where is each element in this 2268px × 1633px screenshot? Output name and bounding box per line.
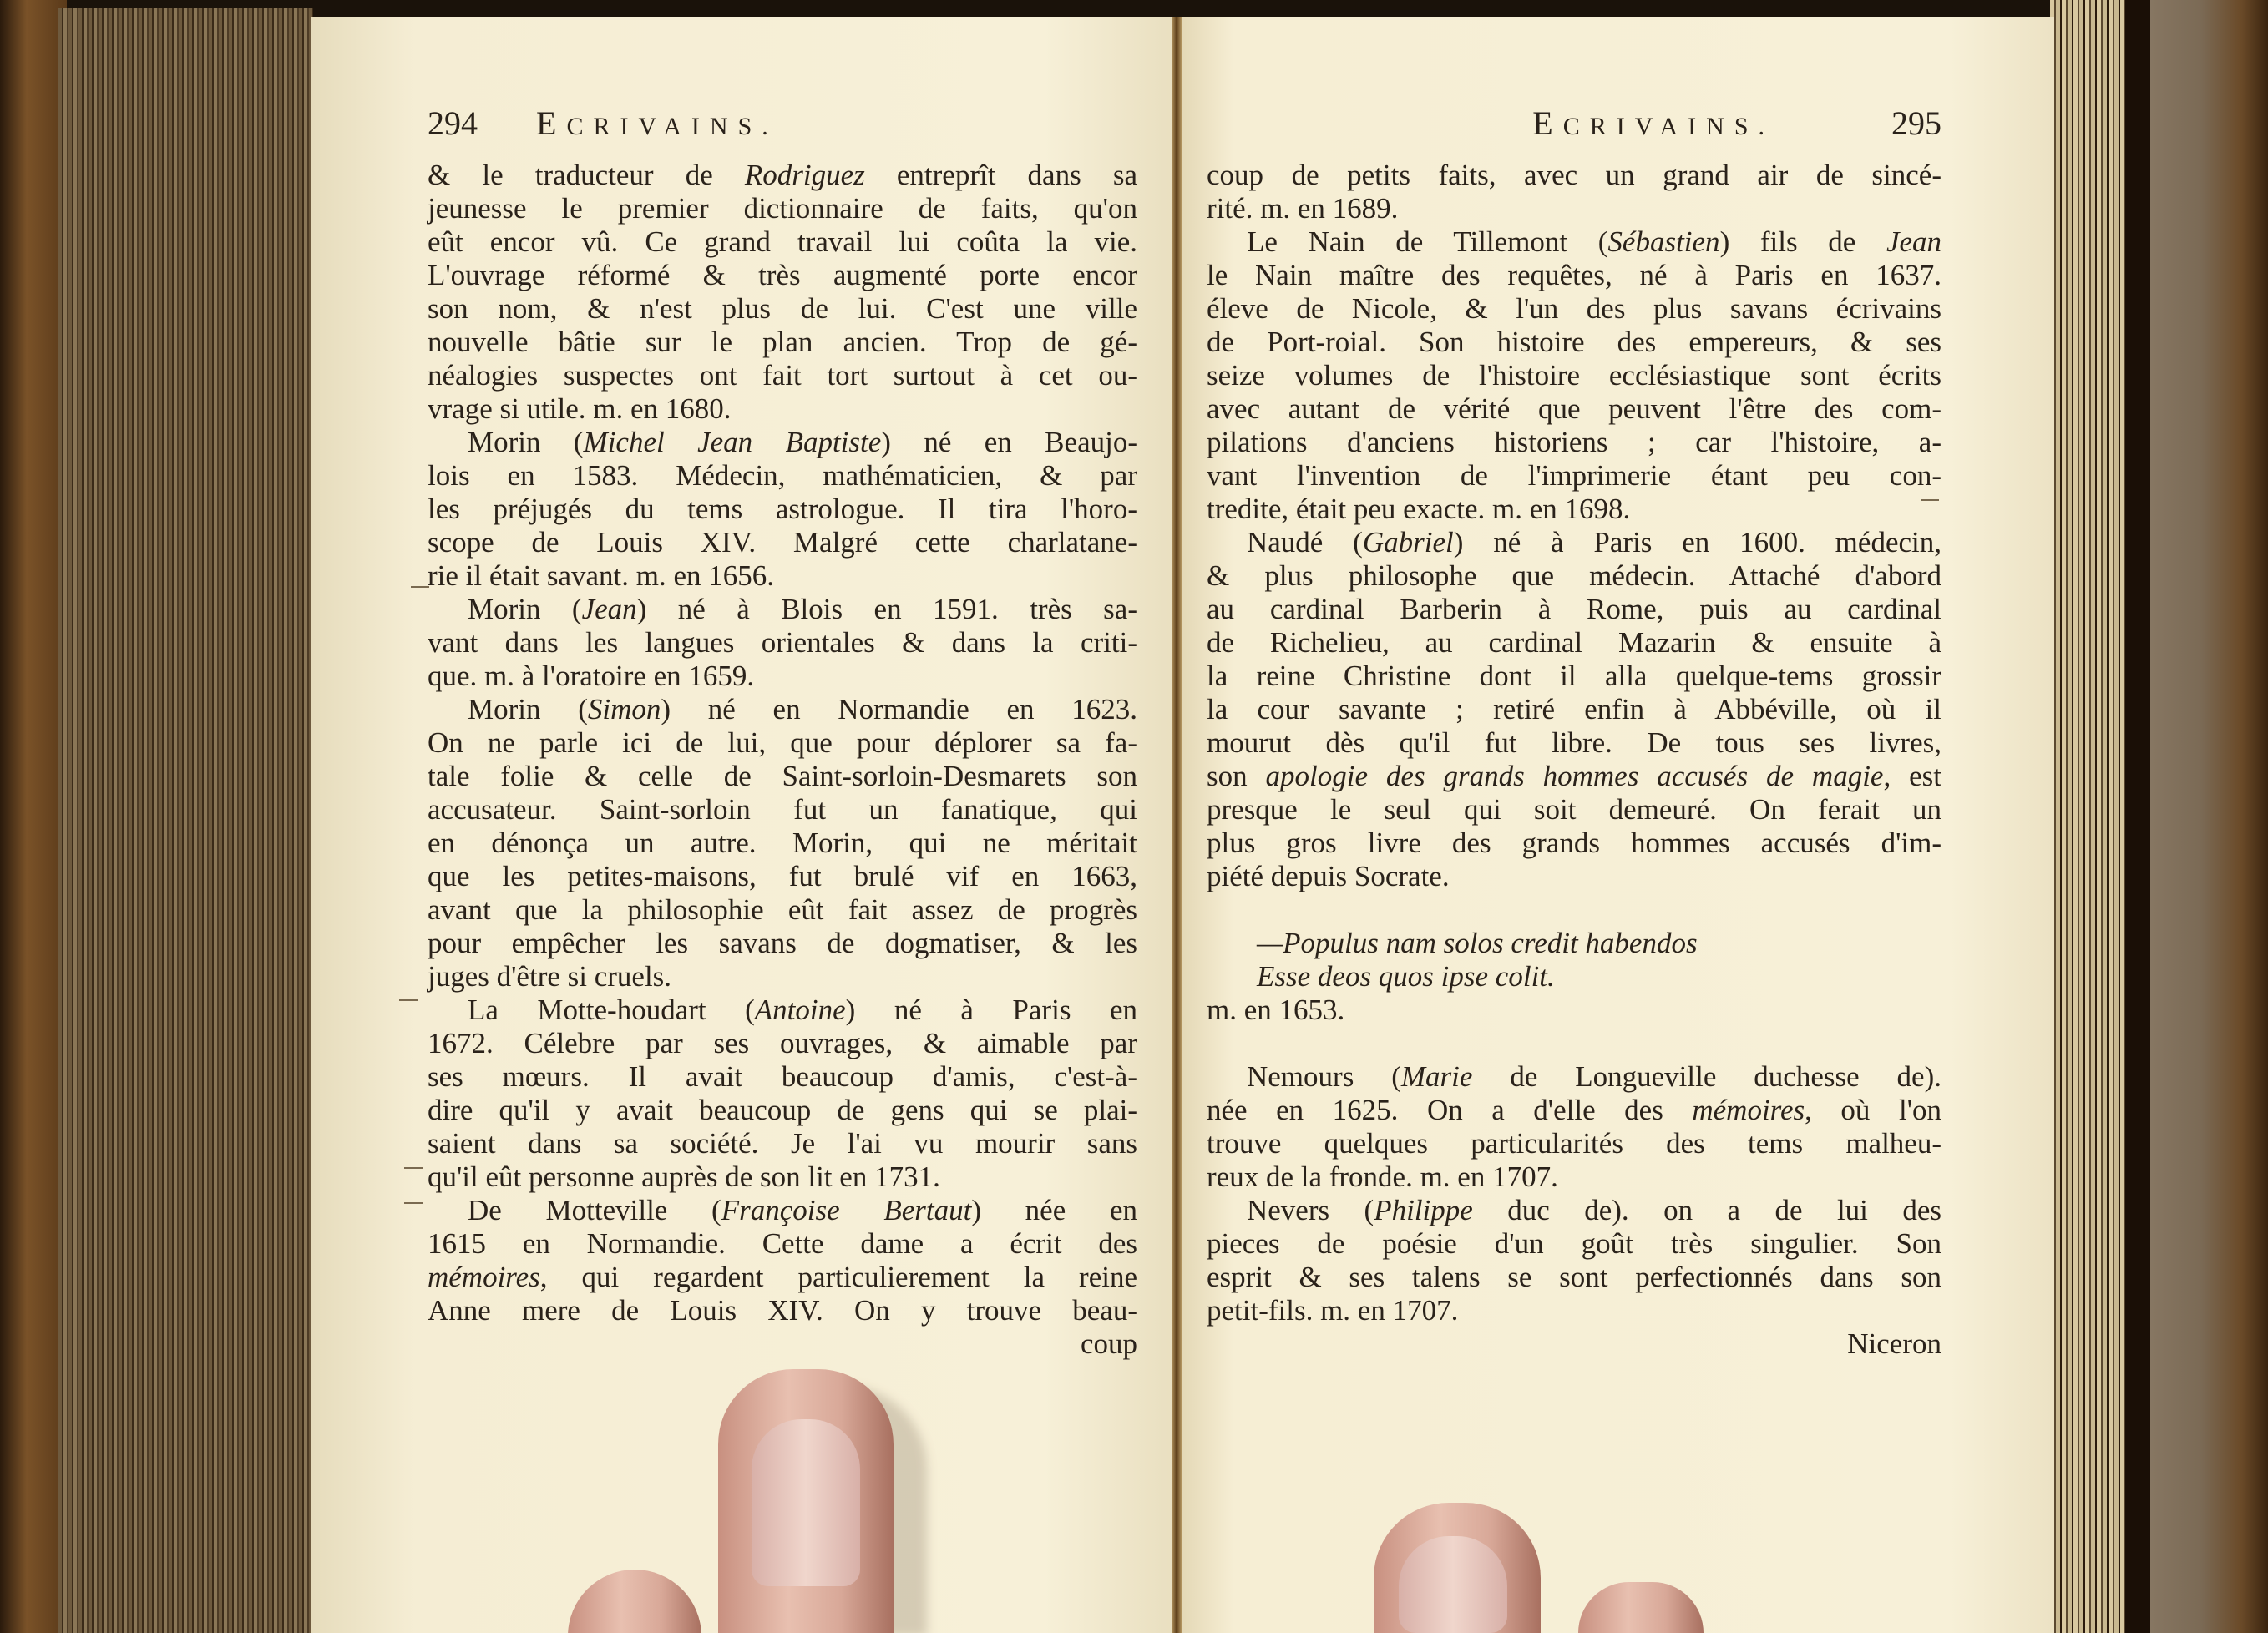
text-line: rie il était savant. m. en 1656.: [428, 559, 1137, 593]
text-line: que les petites-maisons, fut brulé vif e…: [428, 860, 1137, 893]
text-line: pieces de poésie d'un goût très singulie…: [1207, 1227, 1941, 1261]
left-page-header: 294 Ecrivains.: [428, 107, 1137, 159]
text-line: Nemours (Marie de Longueville duchesse d…: [1207, 1060, 1941, 1094]
text-line: —Populus nam solos credit habendos: [1207, 927, 1941, 960]
thumbnail: [752, 1419, 860, 1586]
text-line: accusateur. Saint-sorloin fut un fanatiq…: [428, 793, 1137, 827]
text-line: Anne mere de Louis XIV. On y trouve beau…: [428, 1294, 1137, 1327]
text-line: dire qu'il y avait beaucoup de gens qui …: [428, 1094, 1137, 1127]
text-line: & plus philosophe que médecin. Attaché d…: [1207, 559, 1941, 593]
right-page-body: coup de petits faits, avec un grand air …: [1207, 159, 1941, 1361]
text-line: petit-fils. m. en 1707.: [1207, 1294, 1941, 1327]
text-line: avant que la philosophie eût fait assez …: [428, 893, 1137, 927]
margin-mark: [404, 1167, 423, 1169]
text-line: vant dans les langues orientales & dans …: [428, 626, 1137, 660]
text-line: néalogies suspectes ont fait tort surtou…: [428, 359, 1137, 392]
text-line: avec autant de vérité que peuvent l'être…: [1207, 392, 1941, 426]
thumbnail: [1399, 1536, 1507, 1633]
paragraph-gap: [1207, 1027, 1941, 1060]
right-page-text: Ecrivains. 295 coup de petits faits, ave…: [1207, 107, 1941, 1361]
text-line: ses mœurs. Il avait beaucoup d'amis, c'e…: [428, 1060, 1137, 1094]
text-line: mourut dès qu'il fut libre. De tous ses …: [1207, 726, 1941, 760]
text-line: Niceron: [1207, 1327, 1941, 1361]
thumb-right: [1374, 1503, 1541, 1633]
book-gutter: [1172, 17, 1182, 1633]
text-line: Morin (Michel Jean Baptiste) né en Beauj…: [428, 426, 1137, 459]
text-line: au cardinal Barberin à Rome, puis au car…: [1207, 593, 1941, 626]
text-line: que. m. à l'oratoire en 1659.: [428, 660, 1137, 693]
text-line: le Nain maître des requêtes, né à Paris …: [1207, 259, 1941, 292]
text-line: piété depuis Socrate.: [1207, 860, 1941, 893]
text-line: née en 1625. On a d'elle des mémoires, o…: [1207, 1094, 1941, 1127]
text-line: Nevers (Philippe duc de). on a de lui de…: [1207, 1194, 1941, 1227]
margin-mark: [399, 999, 418, 1001]
text-line: pilations d'anciens historiens ; car l'h…: [1207, 426, 1941, 459]
text-line: en dénonça un autre. Morin, qui ne mérit…: [428, 827, 1137, 860]
text-line: tredite, était peu exacte. m. en 1698.: [1207, 493, 1941, 526]
thumb-left: [718, 1369, 894, 1633]
text-line: La Motte-houdart (Antoine) né à Paris en: [428, 993, 1137, 1027]
text-line: esprit & ses talens se sont perfectionné…: [1207, 1261, 1941, 1294]
text-line: Esse deos quos ipse colit.: [1207, 960, 1941, 993]
text-line: seize volumes de l'histoire ecclésiastiq…: [1207, 359, 1941, 392]
text-line: rité. m. en 1689.: [1207, 192, 1941, 225]
text-line: mémoires, qui regardent particulierement…: [428, 1261, 1137, 1294]
text-line: Le Nain de Tillemont (Sébastien) fils de…: [1207, 225, 1941, 259]
paragraph-gap: [1207, 893, 1941, 927]
text-line: coup: [428, 1327, 1137, 1361]
text-line: Naudé (Gabriel) né à Paris en 1600. méde…: [1207, 526, 1941, 559]
text-line: les préjugés du tems astrologue. Il tira…: [428, 493, 1137, 526]
text-line: L'ouvrage réformé & très augmenté porte …: [428, 259, 1137, 292]
text-line: eût encor vû. Ce grand travail lui coûta…: [428, 225, 1137, 259]
text-line: vrage si utile. m. en 1680.: [428, 392, 1137, 426]
text-line: 1615 en Normandie. Cette dame a écrit de…: [428, 1227, 1137, 1261]
text-line: son nom, & n'est plus de lui. C'est une …: [428, 292, 1137, 326]
text-line: qu'il eût personne auprès de son lit en …: [428, 1160, 1137, 1194]
text-line: & le traducteur de Rodriguez entreprît d…: [428, 159, 1137, 192]
text-line: éleve de Nicole, & l'un des plus savans …: [1207, 292, 1941, 326]
text-line: la reine Christine dont il alla quelque-…: [1207, 660, 1941, 693]
text-line: Morin (Jean) né à Blois en 1591. très sa…: [428, 593, 1137, 626]
text-line: saient dans sa société. Je l'ai vu mouri…: [428, 1127, 1137, 1160]
text-line: de Port-roial. Son histoire des empereur…: [1207, 326, 1941, 359]
text-line: On ne parle ici de lui, que pour déplore…: [428, 726, 1137, 760]
running-head: Ecrivains.: [536, 107, 778, 144]
left-page-body: & le traducteur de Rodriguez entreprît d…: [428, 159, 1137, 1361]
text-line: pour empêcher les savans de dogmatiser, …: [428, 927, 1137, 960]
text-line: son apologie des grands hommes accusés d…: [1207, 760, 1941, 793]
margin-mark: [411, 586, 429, 588]
text-line: juges d'être si cruels.: [428, 960, 1137, 993]
right-page-header: Ecrivains. 295: [1207, 107, 1941, 159]
text-line: De Motteville (Françoise Bertaut) née en: [428, 1194, 1137, 1227]
text-line: scope de Louis XIV. Malgré cette charlat…: [428, 526, 1137, 559]
left-page-text: 294 Ecrivains. & le traducteur de Rodrig…: [428, 107, 1137, 1361]
book-cover-left: [0, 0, 67, 1633]
text-line: nouvelle bâtie sur le plan ancien. Trop …: [428, 326, 1137, 359]
text-line: jeunesse le premier dictionnaire de fait…: [428, 192, 1137, 225]
book-cover-right: [2134, 0, 2268, 1633]
text-line: tale folie & celle de Saint-sorloin-Desm…: [428, 760, 1137, 793]
running-head: Ecrivains.: [1532, 107, 1774, 144]
page-number: 295: [1891, 107, 1941, 140]
text-line: vant l'invention de l'imprimerie étant p…: [1207, 459, 1941, 493]
page-edges-left: [58, 8, 313, 1633]
text-line: coup de petits faits, avec un grand air …: [1207, 159, 1941, 192]
page-number: 294: [428, 107, 478, 140]
text-line: 1672. Célebre par ses ouvrages, & aimabl…: [428, 1027, 1137, 1060]
text-line: de Richelieu, au cardinal Mazarin & ensu…: [1207, 626, 1941, 660]
text-line: m. en 1653.: [1207, 993, 1941, 1027]
text-line: trouve quelques particularités des tems …: [1207, 1127, 1941, 1160]
text-line: lois en 1583. Médecin, mathématicien, & …: [428, 459, 1137, 493]
text-line: la cour savante ; retiré enfin à Abbévil…: [1207, 693, 1941, 726]
margin-mark: [404, 1202, 423, 1204]
text-line: plus gros livre des grands hommes accusé…: [1207, 827, 1941, 860]
text-line: Morin (Simon) né en Normandie en 1623.: [428, 693, 1137, 726]
page-edges-shadow: [2125, 0, 2150, 1633]
text-line: reux de la fronde. m. en 1707.: [1207, 1160, 1941, 1194]
text-line: presque le seul qui soit demeuré. On fer…: [1207, 793, 1941, 827]
